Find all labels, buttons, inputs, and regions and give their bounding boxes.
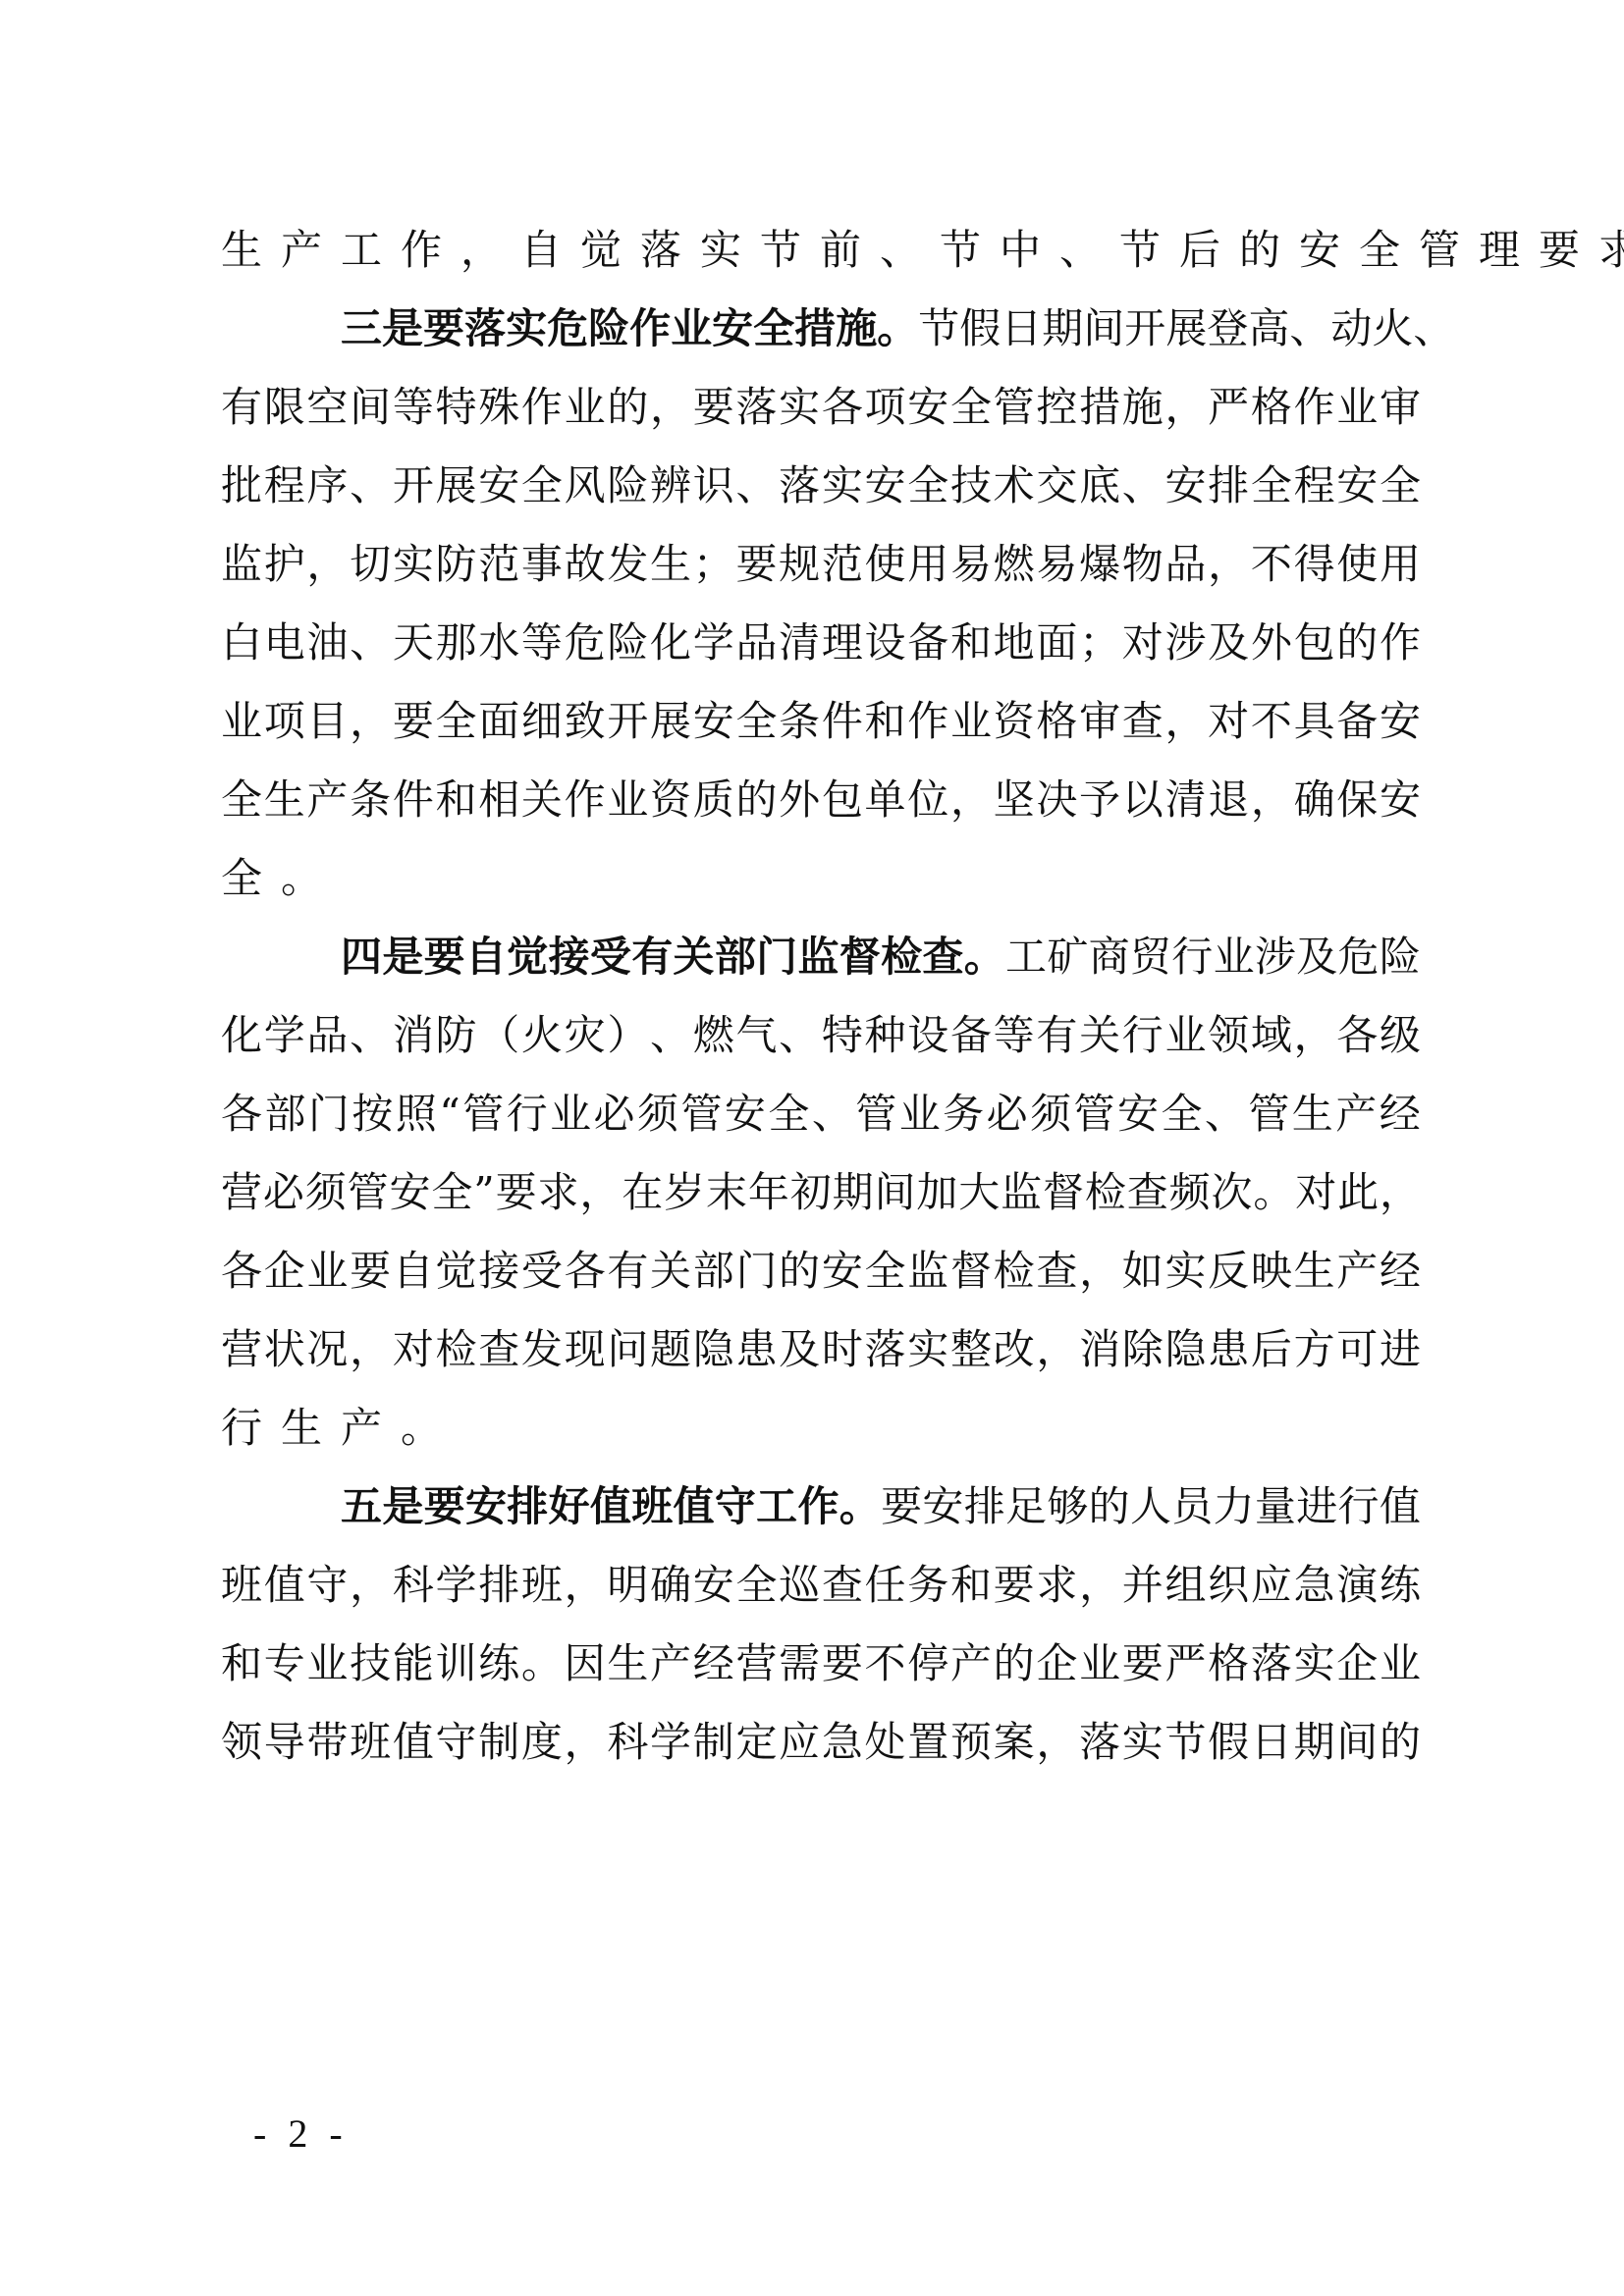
paragraph-first-line: 五是要安排好值班值守工作。要安排足够的人员力量进行值	[221, 1477, 1421, 1556]
paragraph-line: 有限空间等特殊作业的，要落实各项安全管控措施，严格作业审	[221, 378, 1421, 456]
paragraph-line: 全。	[221, 849, 1421, 928]
paragraph-first-line: 三是要落实危险作业安全措施。节假日期间开展登高、动火、	[221, 299, 1421, 378]
paragraph-line: 和专业技能训练。因生产经营需要不停产的企业要严格落实企业	[221, 1634, 1421, 1713]
document-page: 生产工作，自觉落实节前、节中、节后的安全管理要求。 三是要落实危险作业安全措施。…	[0, 0, 1624, 2296]
paragraph-line: 业项目，要全面细致开展安全条件和作业资格审查，对不具备安	[221, 692, 1421, 771]
paragraph-line: 营必须管安全”要求，在岁末年初期间加大监督检查频次。对此，	[221, 1163, 1421, 1242]
paragraph-line: 化学品、消防（火灾）、燃气、特种设备等有关行业领域，各级	[221, 1006, 1421, 1085]
paragraph-first-line: 四是要自觉接受有关部门监督检查。工矿商贸行业涉及危险	[221, 928, 1421, 1006]
page-number: - 2 -	[253, 2110, 349, 2157]
paragraph-line: 白电油、天那水等危险化学品清理设备和地面；对涉及外包的作	[221, 614, 1421, 692]
paragraph-line: 批程序、开展安全风险辨识、落实安全技术交底、安排全程安全	[221, 456, 1421, 535]
paragraph-line: 营状况，对检查发现问题隐患及时落实整改，消除隐患后方可进	[221, 1320, 1421, 1399]
document-body: 生产工作，自觉落实节前、节中、节后的安全管理要求。 三是要落实危险作业安全措施。…	[221, 221, 1421, 1791]
paragraph-line: 监护，切实防范事故发生；要规范使用易燃易爆物品，不得使用	[221, 535, 1421, 614]
paragraph-line: 班值守，科学排班，明确安全巡查任务和要求，并组织应急演练	[221, 1556, 1421, 1634]
paragraph-line: 领导带班值守制度，科学制定应急处置预案，落实节假日期间的	[221, 1713, 1421, 1791]
paragraph-line: 各企业要自觉接受各有关部门的安全监督检查，如实反映生产经	[221, 1242, 1421, 1320]
paragraph-line: 各部门按照“管行业必须管安全、管业务必须管安全、管生产经	[221, 1085, 1421, 1163]
paragraph-line: 全生产条件和相关作业资质的外包单位，坚决予以清退，确保安	[221, 771, 1421, 849]
paragraph-line: 生产工作，自觉落实节前、节中、节后的安全管理要求。	[221, 221, 1421, 299]
paragraph-line: 行生产。	[221, 1399, 1421, 1477]
